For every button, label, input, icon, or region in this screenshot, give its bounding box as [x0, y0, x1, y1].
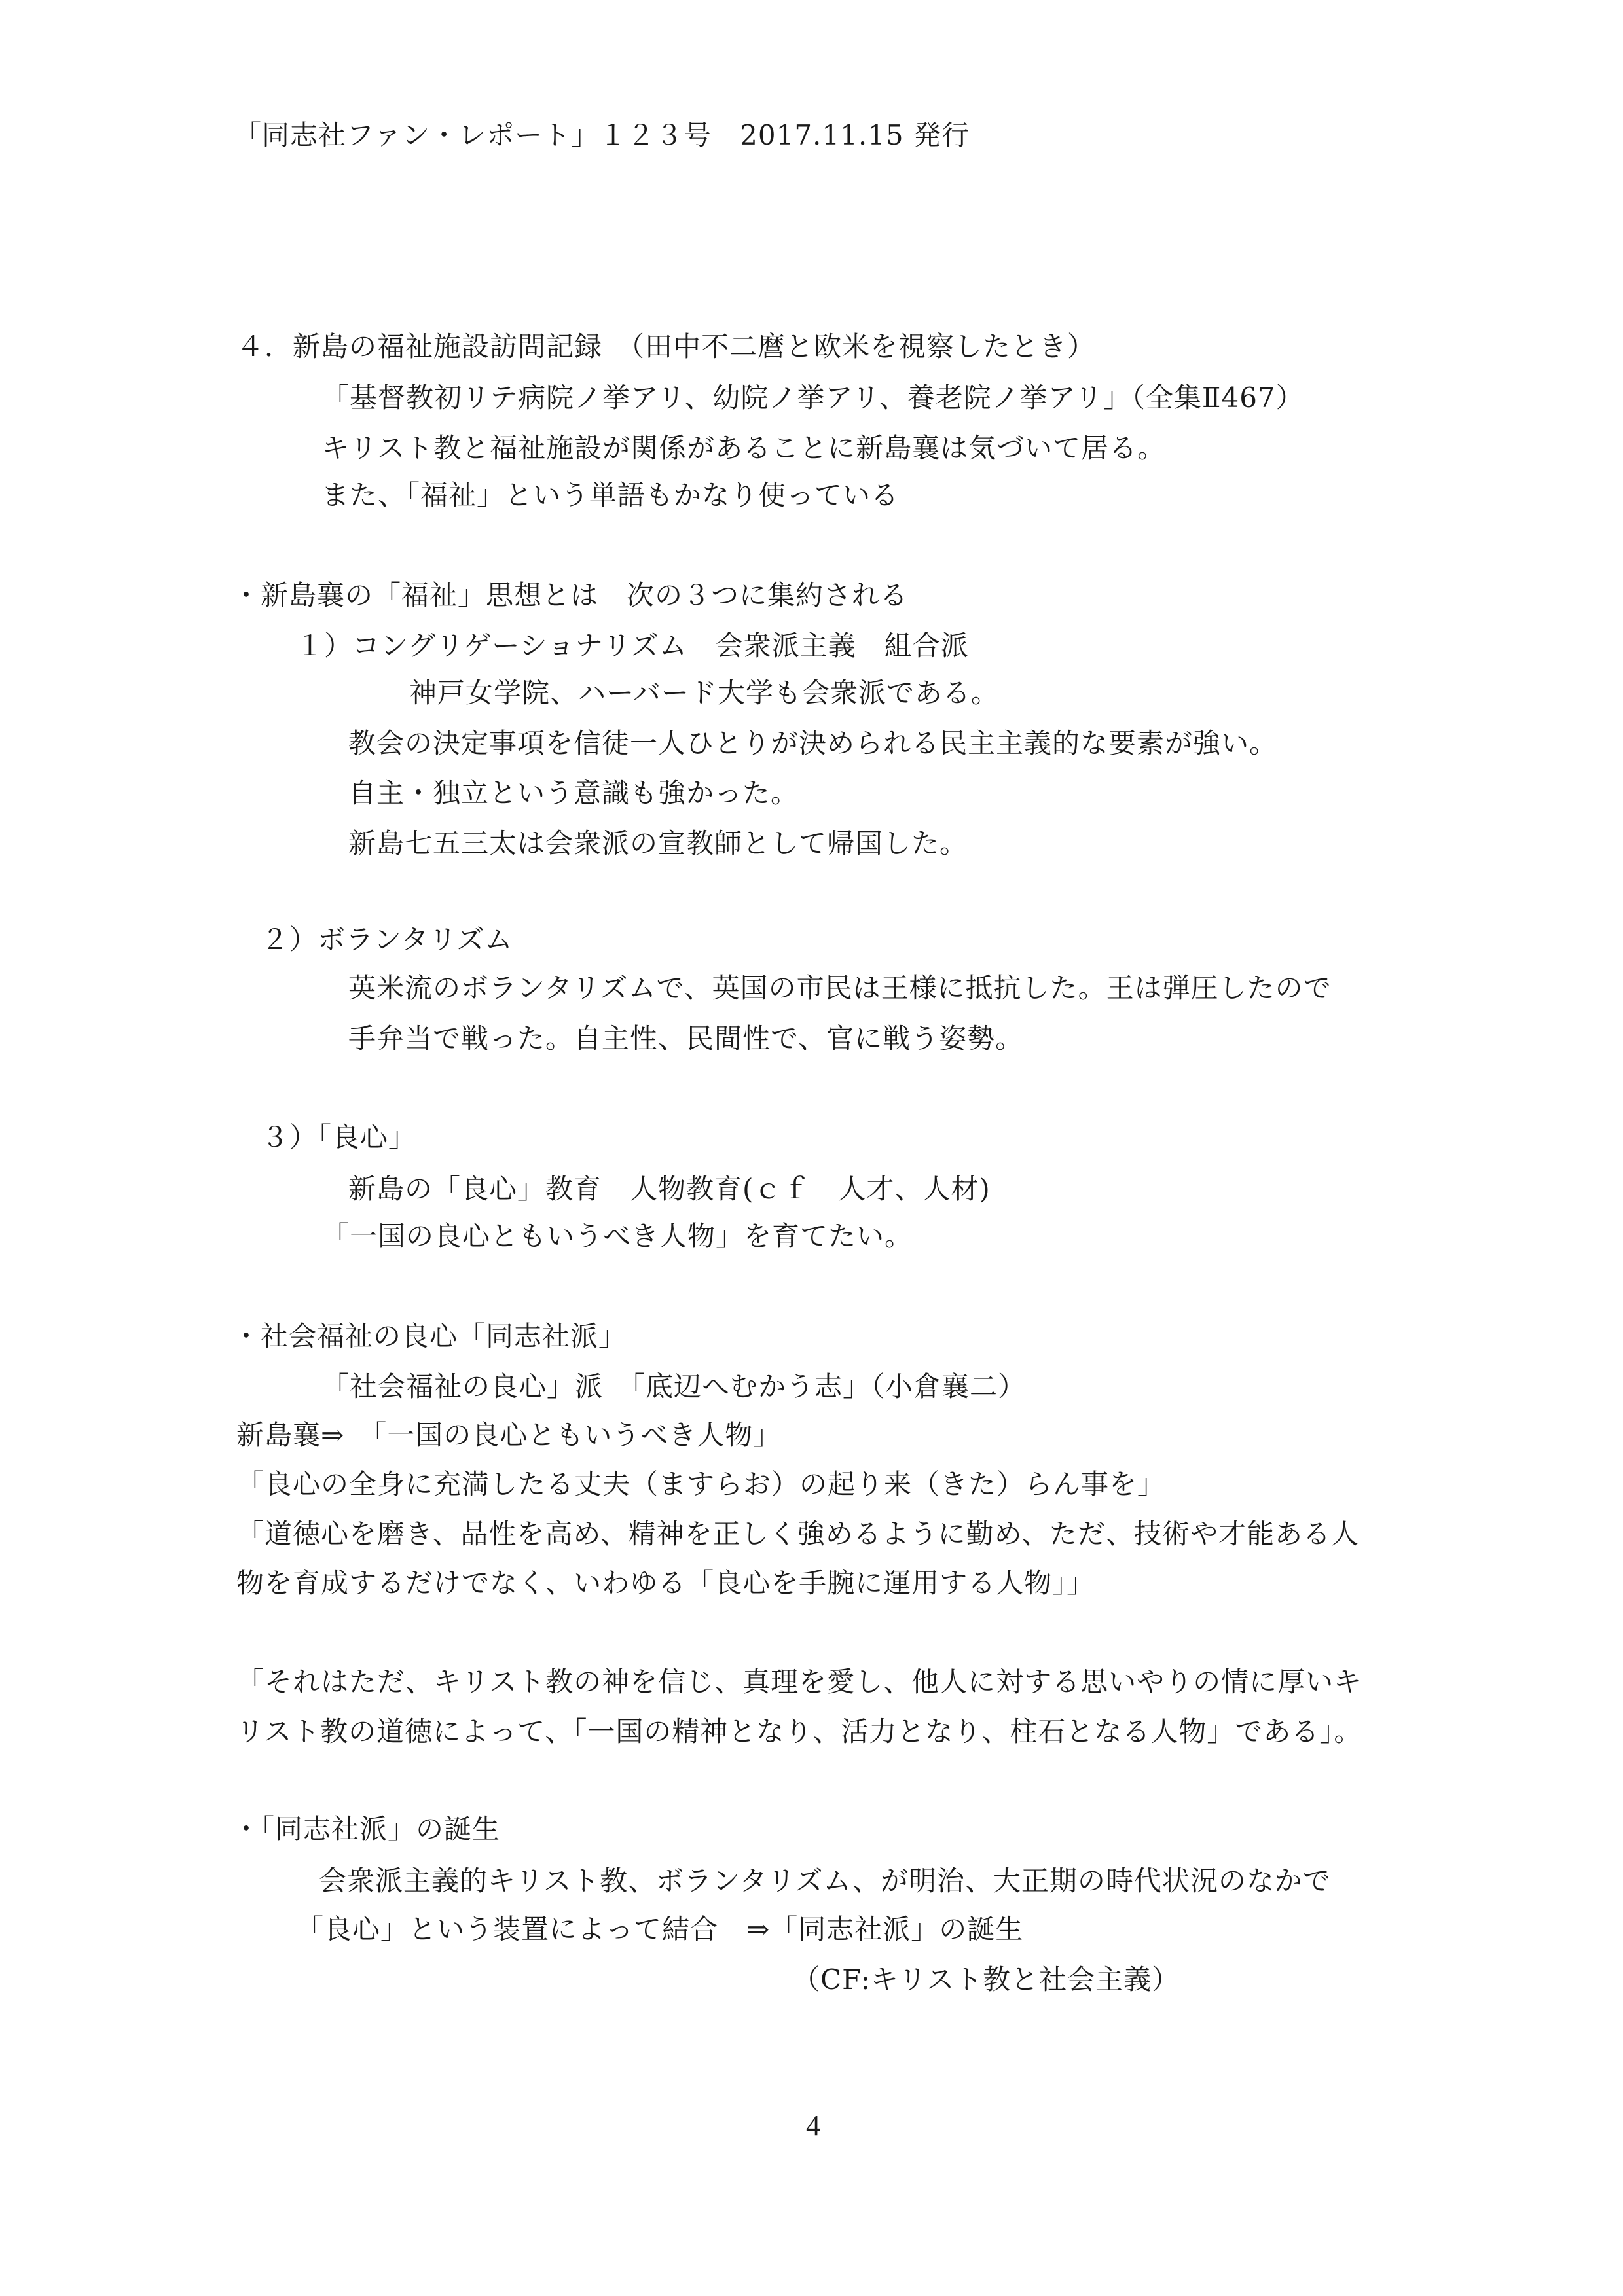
list-item-title-1: １）コングリゲーショナリズム 会衆派主義 組合派 [296, 629, 969, 663]
section-heading-4: ４．新島の福祉施設訪問記録 （田中不二麿と欧米を視察したとき） [236, 330, 1095, 364]
body-line: 教会の決定事項を信徒一人ひとりが決められる民主主義的な要素が強い。 [348, 726, 1277, 761]
body-line: 「社会福祉の良心」派 「底辺へむかう志」（小倉襄二） [321, 1370, 1026, 1404]
document-header: 「同志社ファン・レポート」１２３号 2017.11.15 発行 [234, 118, 970, 152]
quote-line: 物を育成するだけでなく、いわゆる「良心を手腕に運用する人物」」 [236, 1566, 1095, 1600]
list-item-title-2: ２）ボランタリズム [261, 923, 513, 957]
body-line: 新島の「良心」教育 人物教育(ｃｆ 人才、人材) [348, 1172, 991, 1206]
page-number: 4 [806, 2109, 820, 2142]
section-heading-birth: ・「同志社派」の誕生 [232, 1812, 500, 1846]
body-line: （CF:キリスト教と社会主義） [792, 1963, 1180, 1997]
body-line: また、「福祉」という単語もかなり使っている [321, 478, 899, 512]
body-line: 神戸女学院、ハーバード大学も会衆派である。 [409, 676, 999, 710]
body-line: 「一国の良心ともいうべき人物」を育てたい。 [321, 1219, 913, 1253]
body-line: 手弁当で戦った。自主性、民間性で、官に戦う姿勢。 [348, 1022, 1023, 1056]
quote-line: 「それはただ、キリスト教の神を信じ、真理を愛し、他人に対する思いやりの情に厚いキ [236, 1665, 1362, 1699]
quote-line: リスト教の道徳によって、「一国の精神となり、活力となり、柱石となる人物」である」… [236, 1715, 1362, 1749]
section-heading-conscience: ・社会福祉の良心「同志社派」 [232, 1319, 627, 1354]
body-line: 新島襄⇒ 「一国の良心ともいうべき人物」 [236, 1418, 781, 1452]
list-item-title-3: ３）「良心」 [261, 1121, 416, 1155]
body-line: キリスト教と福祉施設が関係があることに新島襄は気づいて居る。 [321, 431, 1165, 465]
body-line: 英米流のボランタリズムで、英国の市民は王様に抵抗した。王は弾圧したので [348, 971, 1332, 1005]
body-line: 会衆派主義的キリスト教、ボランタリズム、が明治、大正期の時代状況のなかで [319, 1864, 1331, 1898]
quote-line: 「良心の全身に充満したる丈夫（ますらお）の起り来（きた）らん事を」 [236, 1467, 1165, 1501]
document-page: 「同志社ファン・レポート」１２３号 2017.11.15 発行 ４．新島の福祉施… [0, 0, 1623, 2296]
body-line: 「良心」という装置によって結合 ⇒「同志社派」の誕生 [296, 1912, 1023, 1946]
section-heading-thought: ・新島襄の「福祉」思想とは 次の３つに集約される [232, 579, 908, 613]
body-line: 新島七五三太は会衆派の宣教師として帰国した。 [348, 827, 968, 861]
body-line: 自主・独立という意識も強かった。 [348, 776, 799, 810]
quote-line: 「基督教初リテ病院ノ挙アリ、幼院ノ挙アリ、養老院ノ挙アリ」（全集Ⅱ467） [321, 381, 1304, 415]
quote-line: 「道徳心を磨き、品性を高め、精神を正しく強めるように勤め、ただ、技術や才能ある人 [236, 1517, 1359, 1551]
